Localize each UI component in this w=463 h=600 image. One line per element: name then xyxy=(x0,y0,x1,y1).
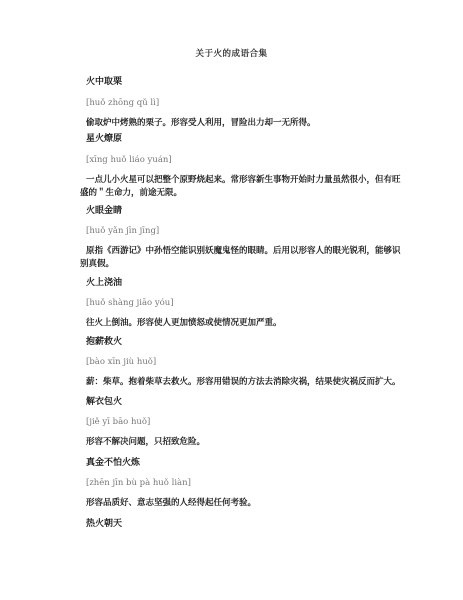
meaning-line: 一点儿小火星可以把整个原野烧起来。常形容新生事物开始时力量虽然很小，但有旺 xyxy=(86,174,386,187)
meaning-line: 盛的＂生命力，前途无限。 xyxy=(80,187,386,200)
idiom-entry: 火眼金睛 [huǒ yǎn jīn jīng] 原指《西游记》中孙悟空能识别妖魔… xyxy=(86,203,386,216)
meaning-line: 形容品质好、意志坚强的人经得起任何考验。 xyxy=(86,497,386,510)
idiom-entry: 火中取栗 [huǒ zhōng qǔ lì] 偷取炉中烤熟的栗子。形容受人利用，… xyxy=(86,74,386,87)
idiom-entry: 热火朝天 xyxy=(86,516,386,529)
idiom-pinyin: [huǒ yǎn jīn jīng] xyxy=(86,226,159,236)
idiom-entry: 真金不怕火炼 [zhēn jīn bù pà huǒ liàn] 形容品质好、意… xyxy=(86,455,386,468)
meaning-line: 别真假。 xyxy=(80,258,386,271)
idiom-heading: 火中取栗 xyxy=(86,74,386,87)
idiom-entry: 解衣包火 [jiě yī bāo huǒ] 形容不解决问题，只招致危险。 xyxy=(86,394,386,407)
document-title: 关于火的成语合集 xyxy=(0,47,463,59)
idiom-meaning: 形容不解决问题，只招致危险。 xyxy=(86,436,386,449)
meaning-line: 薪：柴草。抱着柴草去救火。形容用错误的方法去消除灾祸，结果使灾祸反而扩大。 xyxy=(86,376,386,389)
idiom-entry: 星火燎原 [xīng huǒ liáo yuán] 一点儿小火星可以把整个原野烧… xyxy=(86,131,386,144)
meaning-line: 形容不解决问题，只招致危险。 xyxy=(86,436,386,449)
idiom-pinyin: [huǒ shàng jiāo yóu] xyxy=(86,298,174,308)
meaning-line: 往火上倒油。形容使人更加愤怒或使情况更加严重。 xyxy=(86,317,386,330)
idiom-pinyin: [bào xīn jiù huǒ] xyxy=(86,357,156,367)
idiom-meaning: 原指《西游记》中孙悟空能识别妖魔鬼怪的眼睛。后用以形容人的眼光锐利，能够识 别真… xyxy=(86,245,386,271)
idiom-pinyin: [xīng huǒ liáo yuán] xyxy=(86,155,172,165)
idiom-pinyin: [jiě yī bāo huǒ] xyxy=(86,417,150,427)
idiom-meaning: 一点儿小火星可以把整个原野烧起来。常形容新生事物开始时力量虽然很小，但有旺 盛的… xyxy=(86,174,386,200)
idiom-heading: 热火朝天 xyxy=(86,516,386,529)
idiom-heading: 火上浇油 xyxy=(86,275,386,288)
meaning-line: 偷取炉中烤熟的栗子。形容受人利用，冒险出力却一无所得。 xyxy=(86,117,386,130)
idiom-entry: 火上浇油 [huǒ shàng jiāo yóu] 往火上倒油。形容使人更加愤怒… xyxy=(86,275,386,288)
idiom-meaning: 往火上倒油。形容使人更加愤怒或使情况更加严重。 xyxy=(86,317,386,330)
idiom-heading: 真金不怕火炼 xyxy=(86,455,386,468)
idiom-heading: 解衣包火 xyxy=(86,394,386,407)
idiom-heading: 抱薪救火 xyxy=(86,334,386,347)
idiom-pinyin: [huǒ zhōng qǔ lì] xyxy=(86,98,159,108)
meaning-line: 原指《西游记》中孙悟空能识别妖魔鬼怪的眼睛。后用以形容人的眼光锐利，能够识 xyxy=(86,245,386,258)
idiom-meaning: 形容品质好、意志坚强的人经得起任何考验。 xyxy=(86,497,386,510)
idiom-pinyin: [zhēn jīn bù pà huǒ liàn] xyxy=(86,478,191,488)
idiom-entry: 抱薪救火 [bào xīn jiù huǒ] 薪：柴草。抱着柴草去救火。形容用错… xyxy=(86,334,386,347)
idiom-meaning: 偷取炉中烤熟的栗子。形容受人利用，冒险出力却一无所得。 xyxy=(86,117,386,130)
idiom-heading: 星火燎原 xyxy=(86,131,386,144)
idiom-meaning: 薪：柴草。抱着柴草去救火。形容用错误的方法去消除灾祸，结果使灾祸反而扩大。 xyxy=(86,376,386,389)
idiom-heading: 火眼金睛 xyxy=(86,203,386,216)
